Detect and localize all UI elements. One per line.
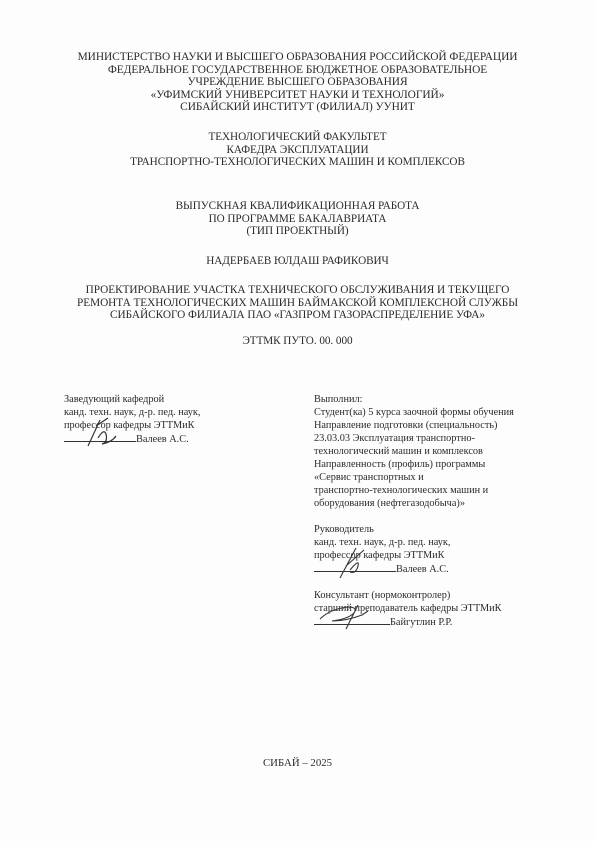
head-of-department-block: Заведующий кафедрой канд. техн. наук, д-… bbox=[64, 393, 201, 446]
consultant-signature-row: Байгутлин Р.Р. bbox=[314, 615, 514, 629]
topic-line: ПРОЕКТИРОВАНИЕ УЧАСТКА ТЕХНИЧЕСКОГО ОБСЛ… bbox=[0, 284, 595, 297]
author-name-text: НАДЕРБАЕВ ЮЛДАШ РАФИКОВИЧ bbox=[0, 255, 595, 268]
consultant-position: старший преподаватель кафедры ЭТТМиК bbox=[314, 602, 514, 615]
supervisor-title: Руководитель bbox=[314, 523, 514, 536]
work-type: ВЫПУСКНАЯ КВАЛИФИКАЦИОННАЯ РАБОТА ПО ПРО… bbox=[0, 200, 595, 238]
faculty-line: ТРАНСПОРТНО-ТЕХНОЛОГИЧЕСКИХ МАШИН И КОМП… bbox=[0, 156, 595, 169]
head-signature-row: Валеев А.С. bbox=[64, 432, 201, 446]
ministry-line: СИБАЙСКИЙ ИНСТИТУТ (ФИЛИАЛ) УУНИТ bbox=[0, 101, 595, 114]
student-line: технологический машин и комплексов bbox=[314, 445, 514, 458]
faculty-line: ТЕХНОЛОГИЧЕСКИЙ ФАКУЛЬТЕТ bbox=[0, 131, 595, 144]
work-type-line: ПО ПРОГРАММЕ БАКАЛАВРИАТА bbox=[0, 213, 595, 226]
thesis-topic: ПРОЕКТИРОВАНИЕ УЧАСТКА ТЕХНИЧЕСКОГО ОБСЛ… bbox=[0, 284, 595, 322]
document-code: ЭТТМК ПУТО. 00. 000 bbox=[0, 335, 595, 348]
author-name: НАДЕРБАЕВ ЮЛДАШ РАФИКОВИЧ bbox=[0, 255, 595, 268]
student-line: «Сервис транспортных и bbox=[314, 471, 514, 484]
city-year-footer: СИБАЙ – 2025 bbox=[0, 757, 595, 769]
work-type-line: ВЫПУСКНАЯ КВАЛИФИКАЦИОННАЯ РАБОТА bbox=[0, 200, 595, 213]
title-page: МИНИСТЕРСТВО НАУКИ И ВЫСШЕГО ОБРАЗОВАНИЯ… bbox=[0, 0, 595, 841]
topic-line: СИБАЙСКОГО ФИЛИАЛА ПАО «ГАЗПРОМ ГАЗОРАСП… bbox=[0, 309, 595, 322]
supervisor-signature-row: Валеев А.С. bbox=[314, 562, 514, 576]
student-line: Направление подготовки (специальность) bbox=[314, 419, 514, 432]
work-type-line: (ТИП ПРОЕКТНЫЙ) bbox=[0, 225, 595, 238]
supervisor-position: профессор кафедры ЭТТМиК bbox=[314, 549, 514, 562]
document-code-text: ЭТТМК ПУТО. 00. 000 bbox=[0, 335, 595, 348]
faculty-header: ТЕХНОЛОГИЧЕСКИЙ ФАКУЛЬТЕТ КАФЕДРА ЭКСПЛУ… bbox=[0, 131, 595, 169]
signature-line bbox=[314, 562, 396, 572]
ministry-line: ФЕДЕРАЛЬНОЕ ГОСУДАРСТВЕННОЕ БЮДЖЕТНОЕ ОБ… bbox=[0, 64, 595, 77]
ministry-header: МИНИСТЕРСТВО НАУКИ И ВЫСШЕГО ОБРАЗОВАНИЯ… bbox=[0, 51, 595, 114]
supervisor-degree: канд. техн. наук, д-р. пед. наук, bbox=[314, 536, 514, 549]
student-line: 23.03.03 Эксплуатация транспортно- bbox=[314, 432, 514, 445]
supervisor-signature-name: Валеев А.С. bbox=[396, 564, 449, 575]
head-degree: канд. техн. наук, д-р. пед. наук, bbox=[64, 406, 201, 419]
student-line: транспортно-технологических машин и bbox=[314, 484, 514, 497]
ministry-line: УЧРЕЖДЕНИЕ ВЫСШЕГО ОБРАЗОВАНИЯ bbox=[0, 76, 595, 89]
consultant-signature-name: Байгутлин Р.Р. bbox=[390, 617, 452, 628]
consultant-title: Консультант (нормоконтролер) bbox=[314, 589, 514, 602]
ministry-line: «УФИМСКИЙ УНИВЕРСИТЕТ НАУКИ И ТЕХНОЛОГИЙ… bbox=[0, 89, 595, 102]
student-line: оборудования (нефтегазодобыча)» bbox=[314, 497, 514, 510]
faculty-line: КАФЕДРА ЭКСПЛУАТАЦИИ bbox=[0, 144, 595, 157]
student-line: Направленность (профиль) программы bbox=[314, 458, 514, 471]
topic-line: РЕМОНТА ТЕХНОЛОГИЧЕСКИХ МАШИН БАЙМАКСКОЙ… bbox=[0, 297, 595, 310]
student-line: Студент(ка) 5 курса заочной формы обучен… bbox=[314, 406, 514, 419]
signature-line bbox=[64, 432, 136, 442]
head-position: профессор кафедры ЭТТМиК bbox=[64, 419, 201, 432]
signature-line bbox=[314, 615, 390, 625]
head-signature-name: Валеев А.С. bbox=[136, 434, 189, 445]
ministry-line: МИНИСТЕРСТВО НАУКИ И ВЫСШЕГО ОБРАЗОВАНИЯ… bbox=[0, 51, 595, 64]
spacer bbox=[314, 576, 514, 589]
spacer bbox=[314, 510, 514, 523]
performer-block: Выполнил: Студент(ка) 5 курса заочной фо… bbox=[314, 393, 514, 629]
head-title: Заведующий кафедрой bbox=[64, 393, 201, 406]
city-year-text: СИБАЙ – 2025 bbox=[263, 757, 332, 769]
performed-label: Выполнил: bbox=[314, 393, 514, 406]
